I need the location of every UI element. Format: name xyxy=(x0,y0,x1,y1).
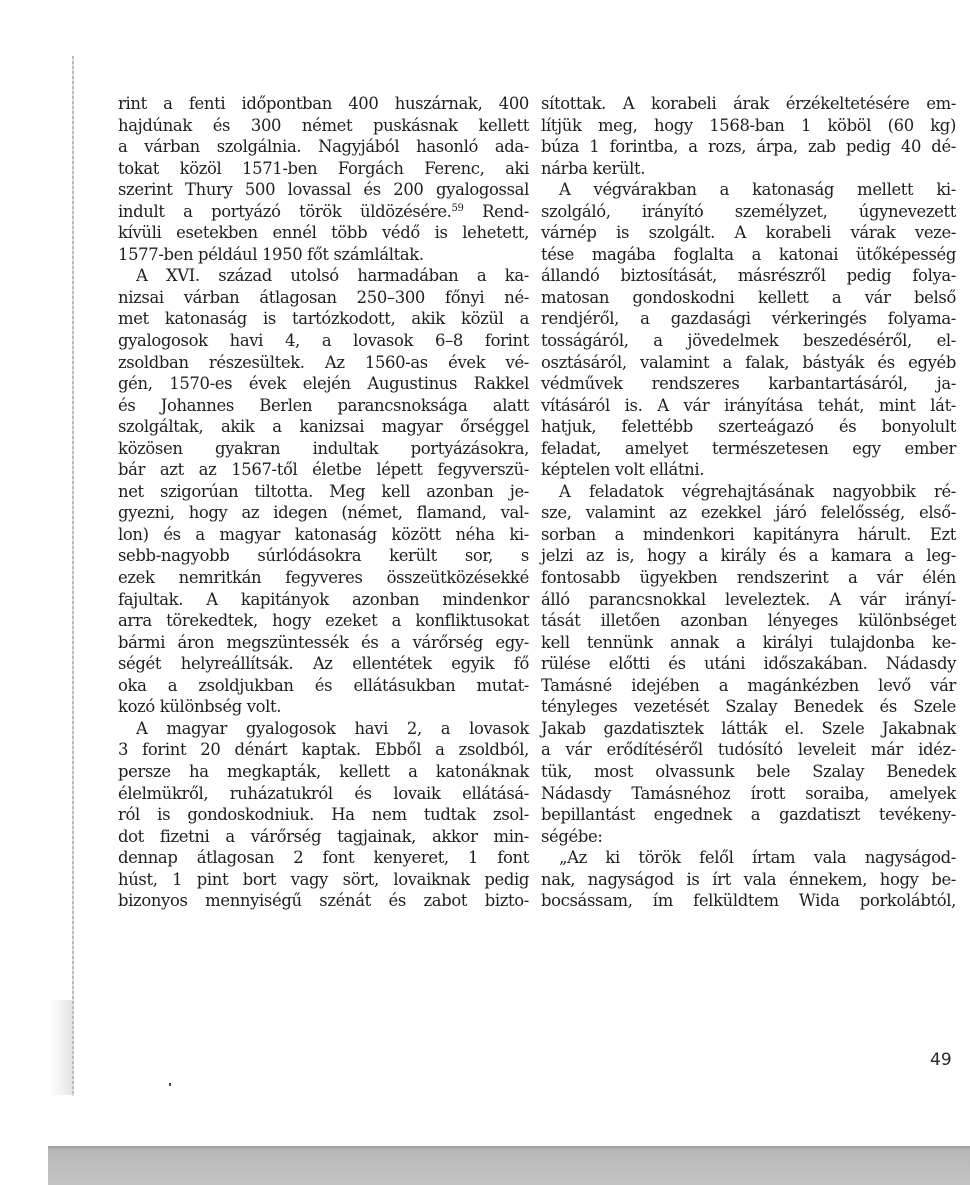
text-line: tése magába foglalta a katonai ütőképess… xyxy=(541,244,956,266)
text-line: arra törekedtek, hogy ezeket a konfliktu… xyxy=(118,610,529,632)
text-line: kozó különbség volt. xyxy=(118,696,529,718)
text-line: jelzi az is, hogy a király és a kamara a… xyxy=(541,545,956,567)
text-line: szerint Thury 500 lovassal és 200 gyalog… xyxy=(118,179,529,201)
paragraph-start-line: A feladatok végrehajtásának nagyobbik ré… xyxy=(541,481,956,503)
text-line: és Johannes Berlen parancsnoksága alatt xyxy=(118,395,529,417)
text-line-with-footnote: indult a portyázó török üldözésére.59 Re… xyxy=(118,201,529,223)
paragraph-start-line: A XVI. század utolsó harmadában a ka- xyxy=(118,265,529,287)
text-line: lítjük meg, hogy 1568-ban 1 köböl (60 kg… xyxy=(541,115,956,137)
text-line: sítottak. A korabeli árak érzékeltetésér… xyxy=(541,93,956,115)
left-text-column: rint a fenti időpontban 400 huszárnak, 4… xyxy=(118,93,529,912)
text-line: ségébe: xyxy=(541,826,956,848)
right-text-column: sítottak. A korabeli árak érzékeltetésér… xyxy=(541,93,956,912)
text-line: ezek nemritkán fegyveres összeütközésekk… xyxy=(118,567,529,589)
text-line: bocsássam, ím felküldtem Wida porkolábtó… xyxy=(541,890,956,912)
text-line: a várban szolgálnia. Nagyjából hasonló a… xyxy=(118,136,529,158)
text-line: várnép is szolgált. A korabeli várak vez… xyxy=(541,222,956,244)
text-line: szolgáló, irányító személyzet, úgyneveze… xyxy=(541,201,956,223)
text-line: kell tennünk annak a királyi tulajdonba … xyxy=(541,632,956,654)
book-spine-edge xyxy=(72,56,74,1096)
text-line: met katonaság is tartózkodott, akik közü… xyxy=(118,308,529,330)
text-line: kívüli esetekben ennél több védő is lehe… xyxy=(118,222,529,244)
text-line: búza 1 forintba, a rozs, árpa, zab pedig… xyxy=(541,136,956,158)
text-line: sorban a mindenkori kapitányra hárult. E… xyxy=(541,524,956,546)
text-line: indult a portyázó török üldözésére. xyxy=(118,202,452,221)
paragraph-start-line: A magyar gyalogosok havi 2, a lovasok xyxy=(118,718,529,740)
text-line: húst, 1 pint bort vagy sört, lovaiknak p… xyxy=(118,869,529,891)
text-line: állandó biztosítását, másrészről pedig f… xyxy=(541,265,956,287)
text-line: osztásáról, valamint a falak, bástyák és… xyxy=(541,352,956,374)
text-line: vításáról is. A vár irányítása tehát, mi… xyxy=(541,395,956,417)
text-line: persze ha megkapták, kellett a katonákna… xyxy=(118,761,529,783)
text-line: rint a fenti időpontban 400 huszárnak, 4… xyxy=(118,93,529,115)
text-line: védművek rendszeres karbantartásáról, ja… xyxy=(541,373,956,395)
text-line-tail: Rend- xyxy=(464,202,529,221)
text-line: Jakab gazdatisztek látták el. Szele Jaka… xyxy=(541,718,956,740)
text-line: feladat, amelyet természetesen egy ember xyxy=(541,438,956,460)
paragraph-start-line: A végvárakban a katonaság mellett ki- xyxy=(541,179,956,201)
text-line: ségét helyreállítsák. Az ellentétek egyi… xyxy=(118,653,529,675)
text-line: szolgáltak, akik a kanizsai magyar őrség… xyxy=(118,416,529,438)
text-line: tük, most olvassunk bele Szalay Benedek xyxy=(541,761,956,783)
text-line: hajdúnak és 300 német puskásnak kellett xyxy=(118,115,529,137)
text-line: közösen gyakran indultak portyázásokra, xyxy=(118,438,529,460)
text-line: nak, nagyságod is írt vala énnekem, hogy… xyxy=(541,869,956,891)
text-line: bár azt az 1567-től életbe lépett fegyve… xyxy=(118,459,529,481)
text-line: fajultak. A kapitányok azonban mindenkor xyxy=(118,589,529,611)
text-line: tását illetően azonban lényeges különbsé… xyxy=(541,610,956,632)
text-line: rülése előtti és utáni időszakában. Náda… xyxy=(541,653,956,675)
text-line: bepillantást engednek a gazdatiszt tevék… xyxy=(541,804,956,826)
text-line: Tamásné idejében a magánkézben levő vár xyxy=(541,675,956,697)
text-line: bizonyos mennyiségű szénát és zabot bizt… xyxy=(118,890,529,912)
text-line: fontosabb ügyekben rendszerint a vár élé… xyxy=(541,567,956,589)
text-line: zsoldban részesültek. Az 1560-as évek vé… xyxy=(118,352,529,374)
text-line: gyalogosok havi 4, a lovasok 6–8 forint xyxy=(118,330,529,352)
text-line: tosságáról, a jövedelmek beszedéséről, e… xyxy=(541,330,956,352)
text-line: ról is gondoskodniuk. Ha nem tudtak zsol… xyxy=(118,804,529,826)
spine-shadow xyxy=(50,1000,72,1095)
paragraph-start-line: „Az ki török felől írtam vala nagyságod- xyxy=(541,847,956,869)
footnote-reference: 59 xyxy=(452,203,464,214)
text-line: lon) és a magyar katonaság között néha k… xyxy=(118,524,529,546)
text-line: Nádasdy Tamásnéhoz írott soraiba, amelye… xyxy=(541,783,956,805)
text-line: tényleges vezetését Szalay Benedek és Sz… xyxy=(541,696,956,718)
text-line: rendjéről, a gazdasági vérkeringés folya… xyxy=(541,308,956,330)
text-line: képtelen volt ellátni. xyxy=(541,459,956,481)
text-line: gyezni, hogy az idegen (német, flamand, … xyxy=(118,502,529,524)
text-line: gén, 1570-es évek elején Augustinus Rakk… xyxy=(118,373,529,395)
text-line: hatjuk, felettébb szerteágazó és bonyolu… xyxy=(541,416,956,438)
text-line: matosan gondoskodni kellett a vár belső xyxy=(541,287,956,309)
text-line: sze, valamint az ezekkel járó felelősség… xyxy=(541,502,956,524)
text-line: bármi áron megszüntessék és a várőrség e… xyxy=(118,632,529,654)
text-line: nárba került. xyxy=(541,158,956,180)
text-line: dennap átlagosan 2 font kenyeret, 1 font xyxy=(118,847,529,869)
text-line: álló parancsnokkal leveleztek. A vár irá… xyxy=(541,589,956,611)
text-line: 1577-ben például 1950 főt számláltak. xyxy=(118,244,529,266)
text-line: nizsai várban átlagosan 250–300 főnyi né… xyxy=(118,287,529,309)
scan-bottom-edge xyxy=(48,1146,970,1185)
text-line: tokat közöl 1571-ben Forgách Ferenc, aki xyxy=(118,158,529,180)
scan-speck xyxy=(169,1083,171,1086)
text-line: 3 forint 20 dénárt kaptak. Ebből a zsold… xyxy=(118,739,529,761)
text-line: a vár erődítéséről tudósító leveleit már… xyxy=(541,739,956,761)
text-line: dot fizetni a várőrség tagjainak, akkor … xyxy=(118,826,529,848)
text-line: élelmükről, ruházatukról és lovaik ellát… xyxy=(118,783,529,805)
text-line: net szigorúan tiltotta. Meg kell azonban… xyxy=(118,481,529,503)
text-line: oka a zsoldjukban és ellátásukban mutat- xyxy=(118,675,529,697)
page-number: 49 xyxy=(930,1050,952,1070)
text-line: sebb-nagyobb súrlódásokra került sor, s xyxy=(118,545,529,567)
